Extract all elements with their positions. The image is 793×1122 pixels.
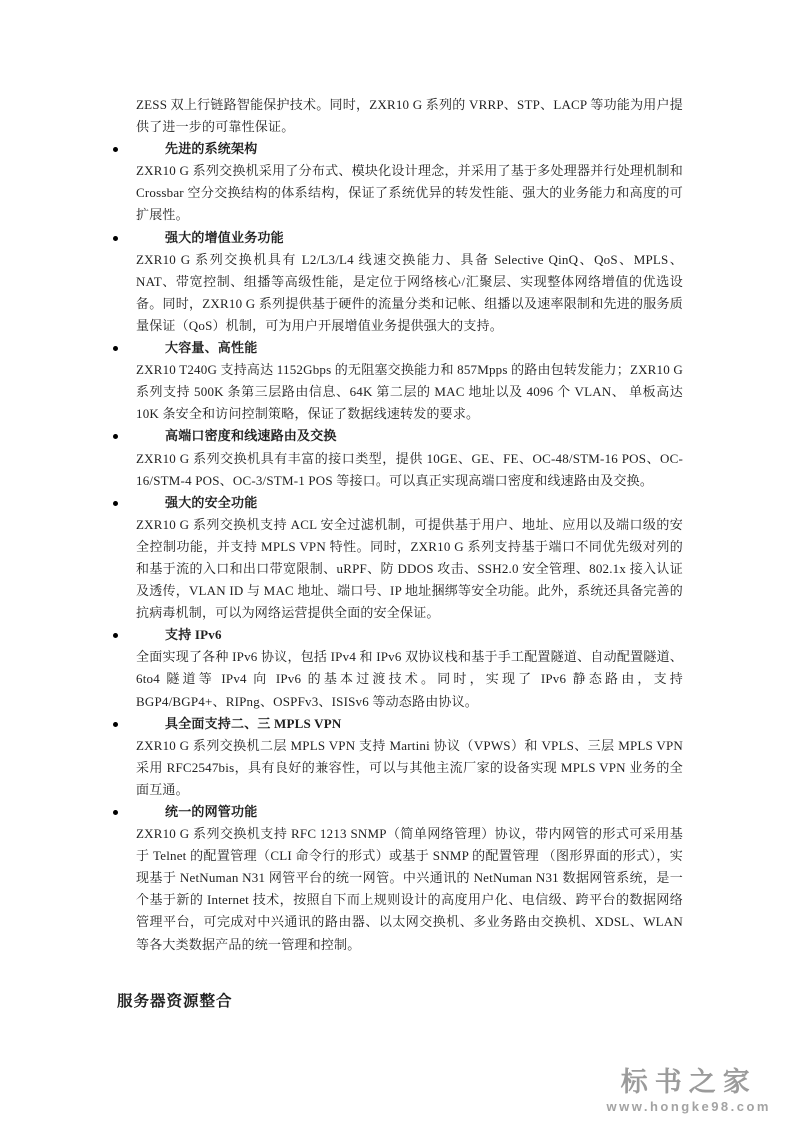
feature-title-text: 支持 IPv6: [165, 627, 222, 642]
feature-item: 高端口密度和线速路由及交换 ZXR10 G 系列交换机具有丰富的接口类型，提供 …: [136, 425, 683, 491]
bullet-icon: [113, 346, 118, 351]
watermark-logo: 标书之家: [607, 1068, 772, 1096]
bullet-icon: [113, 147, 118, 152]
feature-body: 全面实现了各种 IPv6 协议，包括 IPv4 和 IPv6 双协议栈和基于手工…: [136, 646, 683, 712]
feature-body: ZXR10 G 系列交换机二层 MPLS VPN 支持 Martini 协议（V…: [136, 735, 683, 801]
intro-paragraph: ZESS 双上行链路智能保护技术。同时，ZXR10 G 系列的 VRRP、STP…: [136, 94, 683, 138]
feature-item: 大容量、高性能 ZXR10 T240G 支持高达 1152Gbps 的无阻塞交换…: [136, 337, 683, 425]
watermark: 标书之家 www.hongke98.com: [607, 1068, 772, 1114]
feature-item: 强大的安全功能 ZXR10 G 系列交换机支持 ACL 安全过滤机制，可提供基于…: [136, 492, 683, 625]
feature-title-text: 强大的安全功能: [165, 495, 257, 510]
bullet-icon: [113, 810, 118, 815]
bullet-icon: [113, 501, 118, 506]
section-heading: 服务器资源整合: [117, 991, 683, 1013]
feature-list: 先进的系统架构 ZXR10 G 系列交换机采用了分布式、模块化设计理念，并采用了…: [136, 138, 683, 955]
bullet-icon: [113, 236, 118, 241]
feature-title-text: 强大的增值业务功能: [165, 230, 284, 245]
feature-title: 强大的增值业务功能: [136, 227, 683, 249]
bullet-icon: [113, 722, 118, 727]
feature-title: 支持 IPv6: [136, 624, 683, 646]
feature-body: ZXR10 G 系列交换机支持 ACL 安全过滤机制，可提供基于用户、地址、应用…: [136, 514, 683, 624]
document-content: ZESS 双上行链路智能保护技术。同时，ZXR10 G 系列的 VRRP、STP…: [136, 94, 683, 1013]
feature-title: 高端口密度和线速路由及交换: [136, 425, 683, 447]
feature-body: ZXR10 G 系列交换机采用了分布式、模块化设计理念，并采用了基于多处理器并行…: [136, 160, 683, 226]
feature-title: 具全面支持二、三 MPLS VPN: [136, 713, 683, 735]
feature-item: 强大的增值业务功能 ZXR10 G 系列交换机具有 L2/L3/L4 线速交换能…: [136, 227, 683, 337]
feature-title-text: 高端口密度和线速路由及交换: [165, 428, 337, 443]
feature-body: ZXR10 G 系列交换机具有丰富的接口类型，提供 10GE、GE、FE、OC-…: [136, 448, 683, 492]
bullet-icon: [113, 633, 118, 638]
feature-title-text: 统一的网管功能: [165, 804, 257, 819]
bullet-icon: [113, 434, 118, 439]
feature-body: ZXR10 T240G 支持高达 1152Gbps 的无阻塞交换能力和 857M…: [136, 359, 683, 425]
feature-title-text: 先进的系统架构: [165, 141, 257, 156]
feature-title-text: 具全面支持二、三 MPLS VPN: [165, 716, 342, 731]
document-page: ZESS 双上行链路智能保护技术。同时，ZXR10 G 系列的 VRRP、STP…: [0, 0, 793, 1122]
feature-item: 具全面支持二、三 MPLS VPN ZXR10 G 系列交换机二层 MPLS V…: [136, 713, 683, 801]
feature-title: 大容量、高性能: [136, 337, 683, 359]
feature-title-text: 大容量、高性能: [165, 340, 257, 355]
feature-item: 统一的网管功能 ZXR10 G 系列交换机支持 RFC 1213 SNMP（简单…: [136, 801, 683, 956]
feature-item: 支持 IPv6 全面实现了各种 IPv6 协议，包括 IPv4 和 IPv6 双…: [136, 624, 683, 712]
feature-body: ZXR10 G 系列交换机支持 RFC 1213 SNMP（简单网络管理）协议，…: [136, 823, 683, 956]
feature-item: 先进的系统架构 ZXR10 G 系列交换机采用了分布式、模块化设计理念，并采用了…: [136, 138, 683, 226]
watermark-url: www.hongke98.com: [607, 1099, 772, 1114]
feature-title: 统一的网管功能: [136, 801, 683, 823]
feature-title: 强大的安全功能: [136, 492, 683, 514]
feature-title: 先进的系统架构: [136, 138, 683, 160]
feature-body: ZXR10 G 系列交换机具有 L2/L3/L4 线速交换能力、具备 Selec…: [136, 249, 683, 337]
